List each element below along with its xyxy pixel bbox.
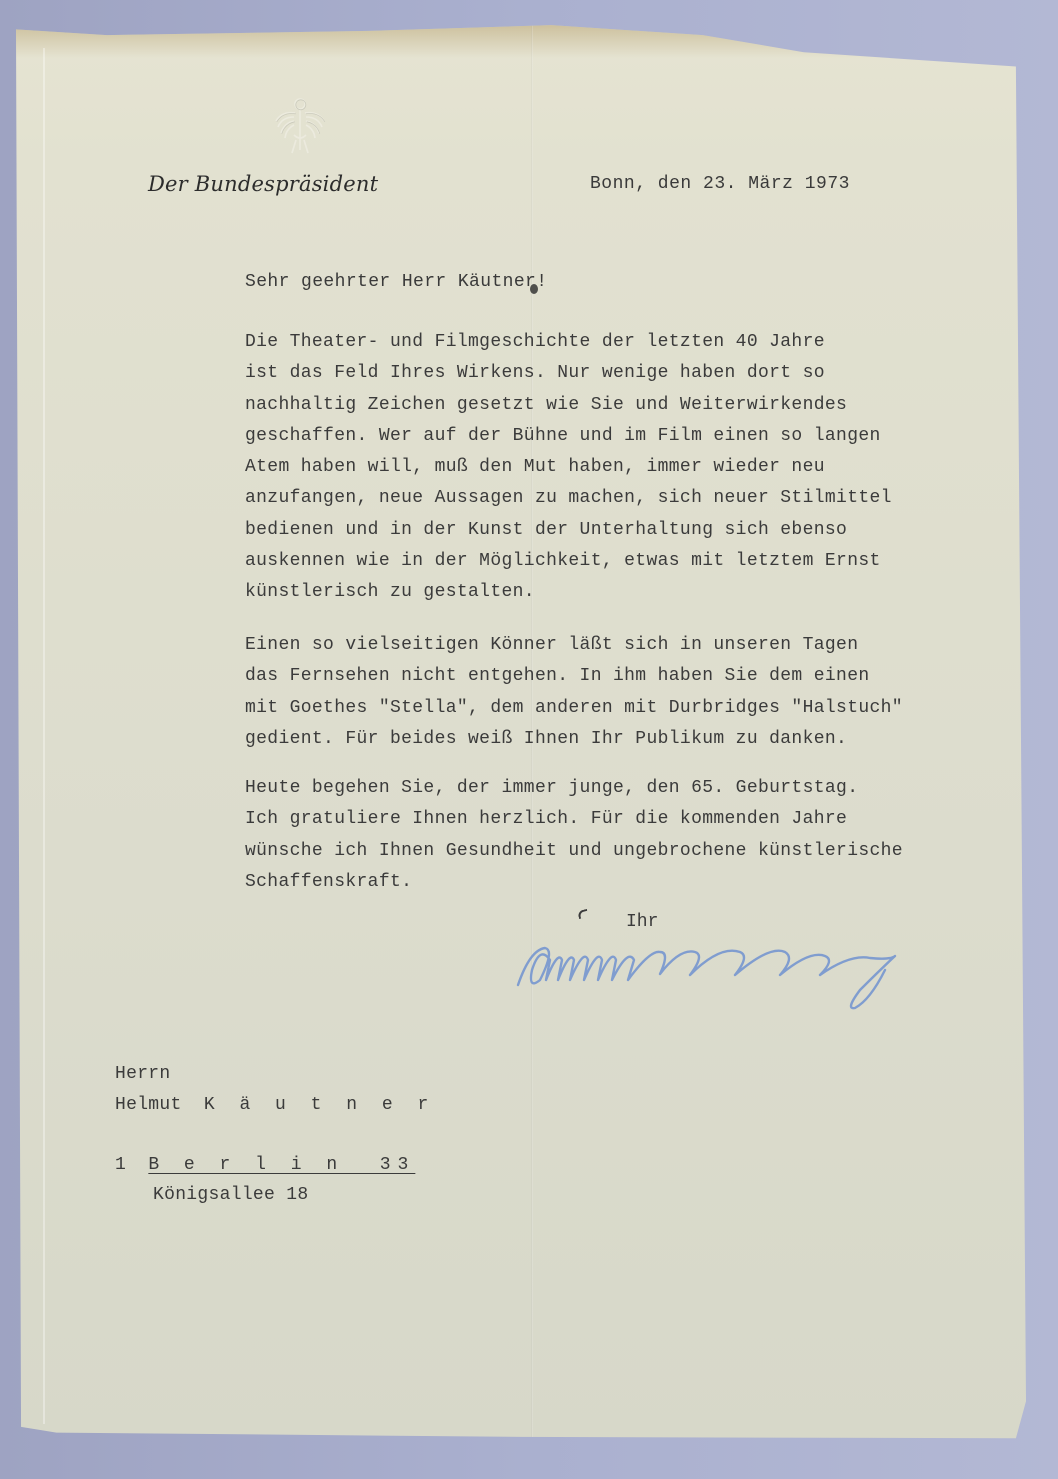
text-line: Schaffenskraft. [245,867,903,898]
paper-crease [43,48,45,1424]
text-line: gedient. Für beides weiß Ihnen Ihr Publi… [245,724,903,755]
closing: Ihr [626,912,658,932]
text-line: anzufangen, neue Aussagen zu machen, sic… [245,483,892,514]
text-line: ist das Feld Ihres Wirkens. Nur wenige h… [245,358,892,389]
text-line: Die Theater- und Filmgeschichte der letz… [245,327,892,358]
text-line: das Fernsehen nicht entgehen. In ihm hab… [245,661,903,692]
text-line: Ich gratuliere Ihnen herzlich. Für die k… [245,804,903,835]
paragraph-1: Die Theater- und Filmgeschichte der letz… [245,327,892,609]
date-line: Bonn, den 23. März 1973 [590,174,850,194]
text-line: Einen so vielseitigen Könner läßt sich i… [245,630,903,661]
signature [510,930,910,1020]
text-line: bedienen und in der Kunst der Unterhaltu… [245,515,892,546]
text-line: geschaffen. Wer auf der Bühne und im Fil… [245,421,892,452]
text-line: wünsche ich Ihnen Gesundheit und ungebro… [245,836,903,867]
paragraph-3: Heute begehen Sie, der immer junge, den … [245,773,903,898]
letterhead-title: Der Bundespräsident [148,172,378,196]
recipient-salutation: Herrn [115,1064,171,1084]
recipient-first-name: Helmut [115,1095,182,1115]
ink-blot [530,284,538,294]
recipient-name: Helmut K ä u t n e r [115,1095,435,1115]
recipient-street: Königsallee 18 [153,1185,308,1205]
federal-eagle-icon [270,95,330,160]
text-line: nachhaltig Zeichen gesetzt wie Sie und W… [245,390,892,421]
text-line: künstlerisch zu gestalten. [245,577,892,608]
paragraph-2: Einen so vielseitigen Könner läßt sich i… [245,630,903,755]
text-line: mit Goethes "Stella", dem anderen mit Du… [245,693,903,724]
salutation: Sehr geehrter Herr Käutner! [245,272,547,292]
text-line: Heute begehen Sie, der immer junge, den … [245,773,903,804]
text-line: auskennen wie in der Möglichkeit, etwas … [245,546,892,577]
recipient-city-line: 1 B e r l i n 33 [115,1155,415,1175]
recipient-last-name: K ä u t n e r [204,1095,435,1115]
postal-code: 1 [115,1155,126,1175]
recipient-city: B e r l i n 33 [148,1155,415,1175]
text-line: Atem haben will, muß den Mut haben, imme… [245,452,892,483]
